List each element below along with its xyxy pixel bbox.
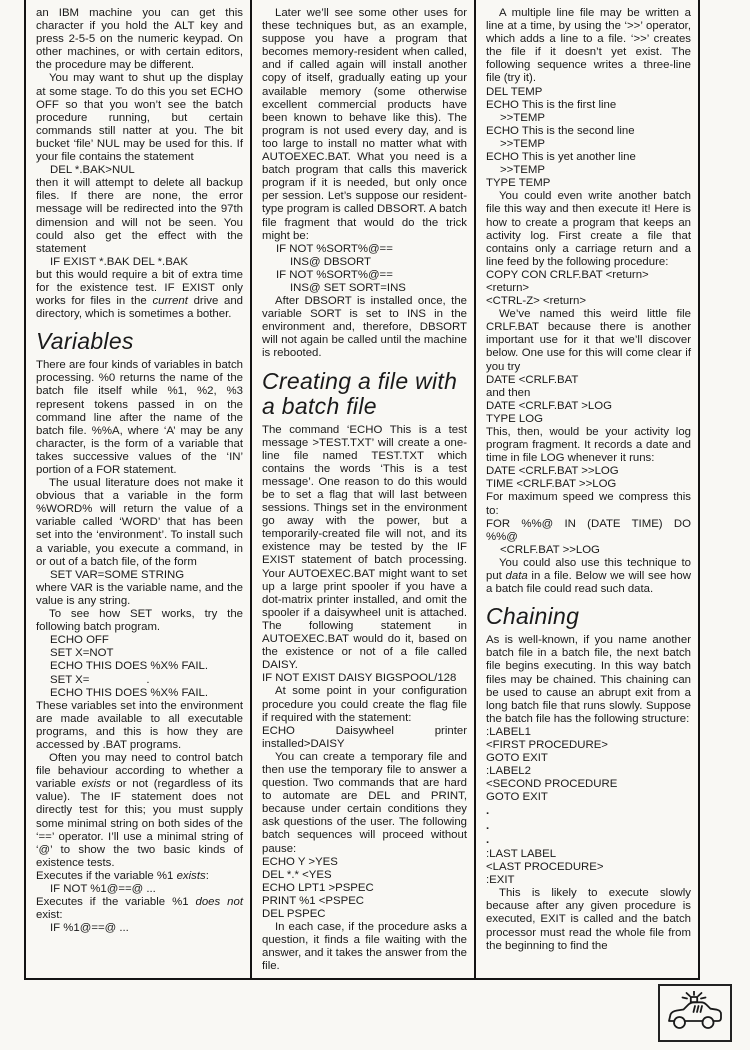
ellipsis-dot: . [486, 833, 691, 848]
column-1: an IBM machine you can get this characte… [26, 0, 250, 978]
code-line: COPY CON CRLF.BAT <return> [486, 269, 691, 282]
door-mark-icon [697, 1006, 699, 1012]
paragraph: You may want to shut up the display at s… [36, 72, 243, 164]
code-line: ECHO LPT1 >PSPEC [262, 882, 467, 895]
code-line: ECHO THIS DOES %X% FAIL. [36, 687, 243, 700]
code-line: IF EXIST *.BAK DEL *.BAK [36, 256, 243, 269]
paragraph: These variables set into the environment… [36, 700, 243, 752]
code-line: GOTO EXIT [486, 791, 691, 804]
paragraph: Executes if the variable %1 does not exi… [36, 896, 243, 922]
code-line: SET X=NOT [36, 647, 243, 660]
code-line: <SECOND PROCEDURE [486, 778, 691, 791]
paragraph: The command ‘ECHO This is a test message… [262, 424, 467, 673]
beacon-ray-icon [698, 993, 701, 996]
section-heading: Creating a file with a batch file [262, 369, 467, 419]
code-line: DEL TEMP [486, 86, 691, 99]
code-line: ECHO OFF [36, 634, 243, 647]
code-line: GOTO EXIT [486, 752, 691, 765]
scanned-page: an IBM machine you can get this characte… [0, 0, 750, 1050]
paragraph: After DBSORT is installed once, the vari… [262, 295, 467, 360]
code-line: <CRLF.BAT >>LOG [486, 544, 691, 557]
code-line: TYPE LOG [486, 413, 691, 426]
code-line: IF NOT EXIST DAISY BIGSPOOL/128 [262, 672, 467, 685]
paragraph: A multiple line file may be written a li… [486, 7, 691, 86]
code-line: <FIRST PROCEDURE> [486, 739, 691, 752]
paragraph: In each case, if the procedure asks a qu… [262, 921, 467, 973]
beacon-ray-icon [683, 998, 688, 999]
code-line: :EXIT [486, 874, 691, 887]
code-line: IF NOT %SORT%@== [262, 269, 467, 282]
code-line: INS@ SET SORT=INS [262, 282, 467, 295]
code-line: IF NOT %SORT%@== [262, 243, 467, 256]
code-line: >>TEMP [486, 112, 691, 125]
front-wheel-icon [703, 1017, 714, 1028]
paragraph: For maximum speed we compress this to: [486, 491, 691, 517]
code-line: DATE <CRLF.BAT [486, 374, 691, 387]
code-line: ECHO THIS DOES %X% FAIL. [36, 660, 243, 673]
code-line: ECHO Daisywheel printer installed>DAISY [262, 725, 467, 751]
code-line: ECHO This is yet another line [486, 151, 691, 164]
door-mark-icon [701, 1006, 703, 1012]
code-line: :LABEL2 [486, 765, 691, 778]
section-heading: Chaining [486, 604, 691, 629]
ellipsis-dot: . [486, 819, 691, 834]
paragraph: Later we’ll see some other uses for thes… [262, 7, 467, 243]
code-line: SET X= . [36, 674, 243, 687]
paragraph: and then [486, 387, 691, 400]
code-line: :LAST LABEL [486, 848, 691, 861]
paragraph: The usual literature does not make it ob… [36, 477, 243, 569]
paragraph: Often you may need to control batch file… [36, 752, 243, 870]
paragraph: There are four kinds of variables in bat… [36, 359, 243, 477]
paragraph: This, then, would be your activity log p… [486, 426, 691, 465]
code-line: IF %1@==@ ... [36, 922, 243, 935]
beacon-ray-icon [701, 998, 706, 999]
code-line: TYPE TEMP [486, 177, 691, 190]
code-line: >>TEMP [486, 164, 691, 177]
door-mark-icon [694, 1006, 696, 1012]
police-car-icon [666, 991, 724, 1035]
paragraph: At some point in your configuration proc… [262, 685, 467, 724]
paragraph: You could even write another batch file … [486, 190, 691, 269]
end-of-article-icon-box [658, 984, 732, 1042]
code-line: ECHO This is the first line [486, 99, 691, 112]
paragraph: but this would require a bit of extra ti… [36, 269, 243, 321]
column-3: A multiple line file may be written a li… [474, 0, 698, 978]
article-frame: an IBM machine you can get this characte… [24, 0, 700, 980]
code-line: IF NOT %1@==@ ... [36, 883, 243, 896]
code-line: INS@ DBSORT [262, 256, 467, 269]
paragraph: then it will attempt to delete all backu… [36, 177, 243, 256]
code-line: FOR %%@ IN (DATE TIME) DO %%@ [486, 518, 691, 544]
paragraph: You can create a temporary file and then… [262, 751, 467, 856]
code-line: <return> [486, 282, 691, 295]
paragraph: We’ve named this weird little file CRLF.… [486, 308, 691, 373]
code-line: :LABEL1 [486, 726, 691, 739]
column-2: Later we’ll see some other uses for thes… [250, 0, 474, 978]
paragraph: To see how SET works, try the following … [36, 608, 243, 634]
paragraph: Executes if the variable %1 exists: [36, 870, 243, 883]
code-line: DATE <CRLF.BAT >LOG [486, 400, 691, 413]
code-line: SET VAR=SOME STRING [36, 569, 243, 582]
code-line: ECHO This is the second line [486, 125, 691, 138]
code-line: PRINT %1 <PSPEC [262, 895, 467, 908]
code-line: <CTRL-Z> <return> [486, 295, 691, 308]
rear-wheel-icon [674, 1017, 685, 1028]
paragraph: an IBM machine you can get this characte… [36, 7, 243, 72]
code-line: TIME <CRLF.BAT >>LOG [486, 478, 691, 491]
beacon-ray-icon [687, 993, 690, 996]
paragraph: where VAR is the variable name, and the … [36, 582, 243, 608]
paragraph: This is likely to execute slowly because… [486, 887, 691, 952]
code-line: ECHO Y >YES [262, 856, 467, 869]
code-line: >>TEMP [486, 138, 691, 151]
paragraph: As is well-known, if you name another ba… [486, 634, 691, 726]
code-line: DATE <CRLF.BAT >>LOG [486, 465, 691, 478]
paragraph: You could also use this technique to put… [486, 557, 691, 596]
code-line: DEL *.* <YES [262, 869, 467, 882]
code-line: DEL *.BAK>NUL [36, 164, 243, 177]
section-heading: Variables [36, 329, 243, 354]
ellipsis-dot: . [486, 804, 691, 819]
code-line: DEL PSPEC [262, 908, 467, 921]
code-line: <LAST PROCEDURE> [486, 861, 691, 874]
